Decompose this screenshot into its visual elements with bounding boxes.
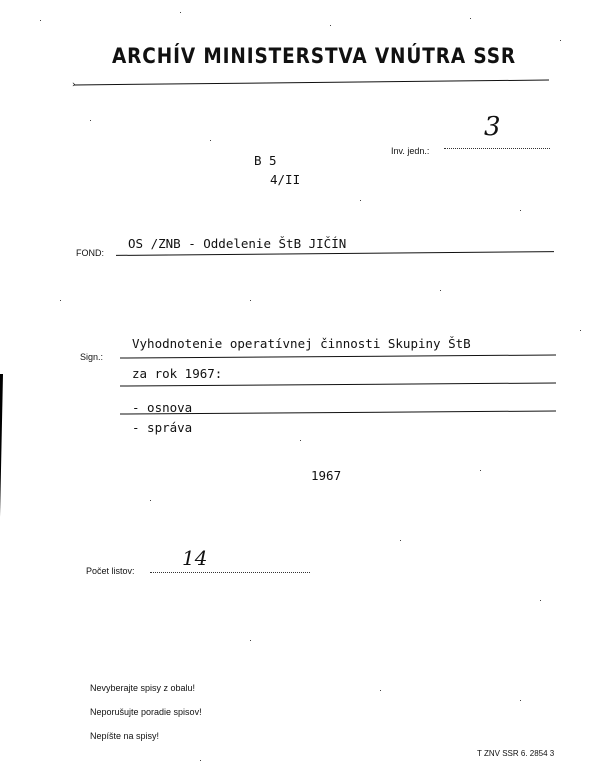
signature-line-1: Vyhodnotenie operatívnej činnosti Skupin…: [132, 336, 471, 351]
arrow-mark-icon: ›: [72, 80, 76, 90]
volume-code: 4/II: [270, 172, 300, 187]
fond-value: OS /ZNB - Oddelenie ŠtB JIČÍN: [128, 236, 346, 251]
sheet-count-line: [150, 572, 310, 573]
sheet-count-value: 14: [182, 546, 207, 570]
signature-rule-1: [120, 354, 556, 358]
inventory-label: Inv. jedn.:: [391, 146, 429, 156]
inventory-value: 3: [484, 112, 501, 142]
instruction-2: Neporušujte poradie spisov!: [90, 707, 202, 717]
signature-line-4: - správa: [132, 420, 192, 435]
scan-edge-shadow: [0, 374, 3, 782]
signature-line-2: za rok 1967:: [132, 366, 222, 381]
inventory-line: [444, 148, 550, 149]
signature-rule-2: [120, 382, 556, 386]
signature-label: Sign.:: [80, 352, 103, 362]
form-code: T ZNV SSR 6. 2854 3: [477, 749, 554, 758]
fond-line: [116, 251, 554, 256]
instruction-1: Nevyberajte spisy z obalu!: [90, 683, 195, 693]
sheet-count-label: Počet listov:: [86, 566, 135, 576]
document-year: 1967: [311, 468, 341, 483]
box-code: B 5: [254, 153, 277, 168]
fond-label: FOND:: [76, 248, 104, 258]
instruction-3: Nepíšte na spisy!: [90, 731, 159, 741]
archive-header: ARCHÍV MINISTERSTVA VNÚTRA SSR: [112, 44, 516, 68]
header-underline: [74, 80, 549, 86]
